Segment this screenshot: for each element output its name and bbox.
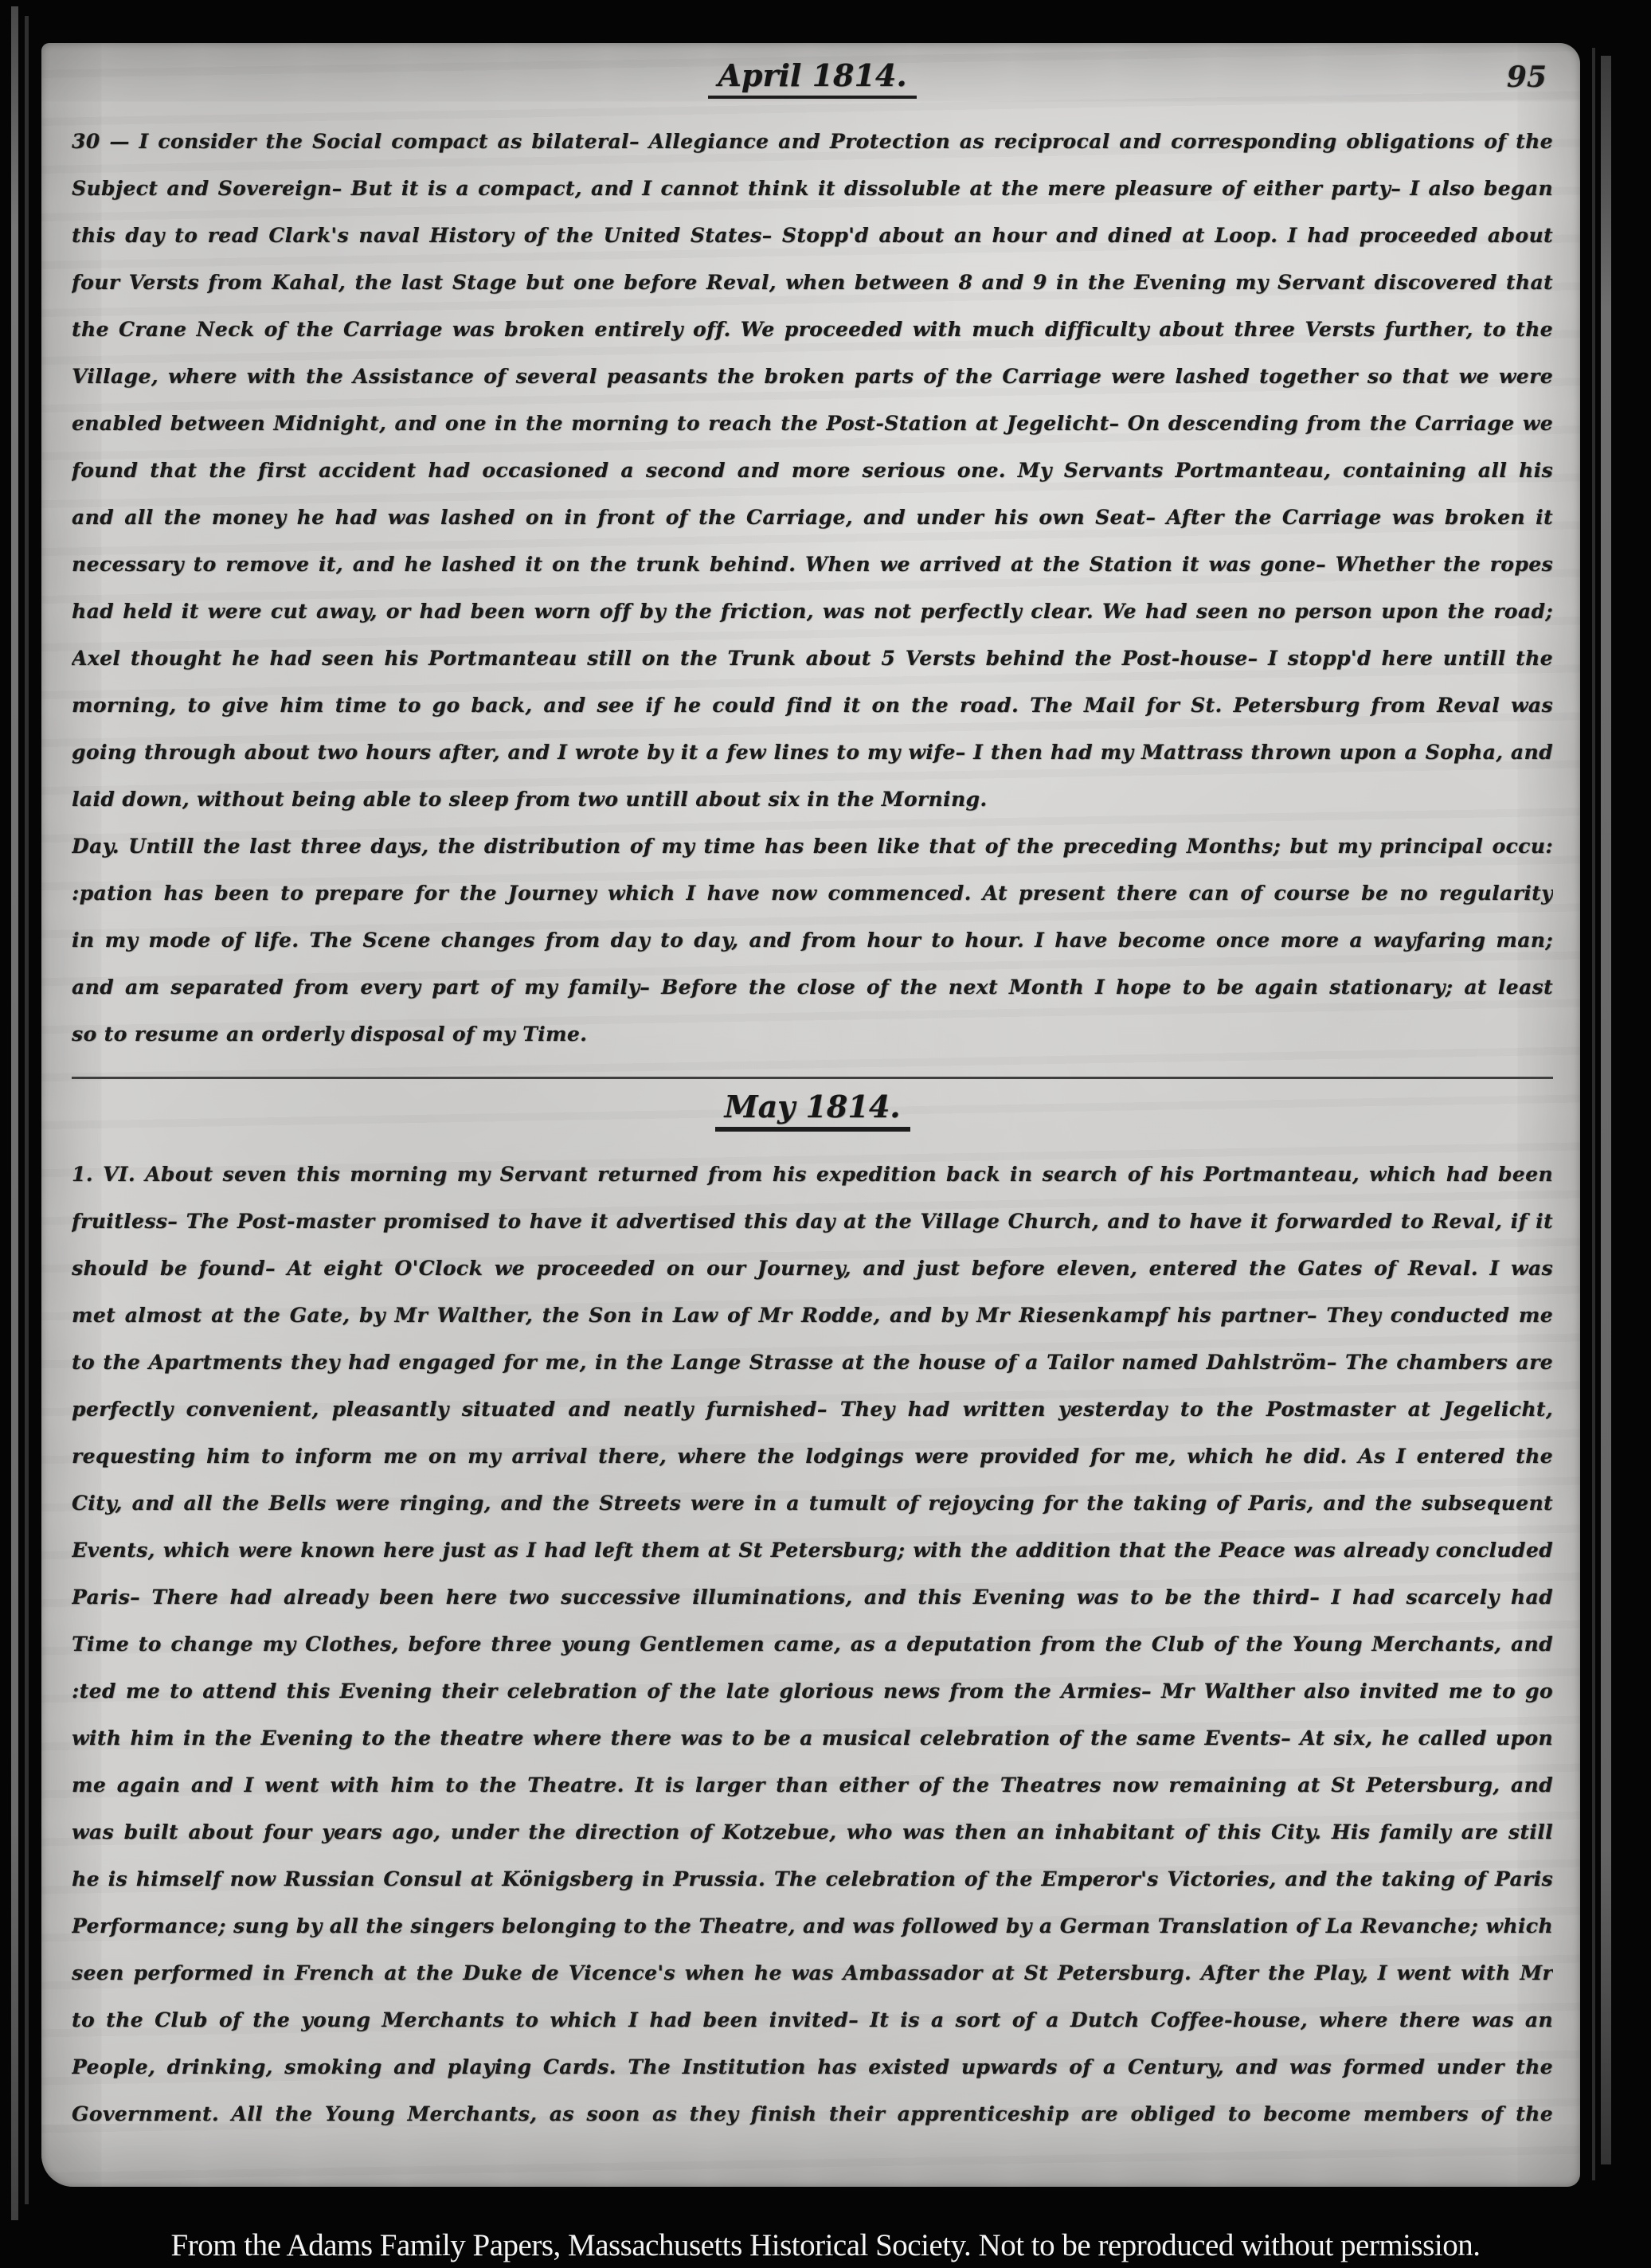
manuscript-line: met almost at the Gate, by Mr Walther, t…: [72, 1292, 1553, 1339]
manuscript-line: this day to read Clark's naval History o…: [72, 212, 1553, 259]
manuscript-line: found that the first accident had occasi…: [72, 447, 1553, 494]
manuscript-line: enabled between Midnight, and one in the…: [72, 400, 1553, 447]
page-edge-strip: [1601, 56, 1611, 2164]
diary-entry: April 1814.30 — I consider the Social co…: [72, 57, 1553, 1058]
manuscript-line: People, drinking, smoking and playing Ca…: [72, 2043, 1553, 2090]
entry-paragraph: 1. VI. About seven this morning my Serva…: [72, 1151, 1553, 2137]
manuscript-line: perfectly convenient, pleasantly situate…: [72, 1386, 1553, 1433]
manuscript-line: Time to change my Clothes, before three …: [72, 1621, 1553, 1668]
manuscript-line: Axel thought he had seen his Portmanteau…: [72, 635, 1553, 682]
manuscript-line: so to resume an orderly disposal of my T…: [72, 1011, 1553, 1058]
manuscript-line: to the Club of the young Merchants to wh…: [72, 1996, 1553, 2043]
manuscript-line: and all the money he had was lashed on i…: [72, 494, 1553, 541]
manuscript-page: 95 April 1814.30 — I consider the Social…: [41, 43, 1580, 2187]
credit-caption: From the Adams Family Papers, Massachuse…: [171, 2228, 1481, 2262]
entry-heading: May 1814.: [72, 1089, 1553, 1132]
manuscript-line: requesting him to inform me on my arriva…: [72, 1433, 1553, 1480]
entry-paragraph: 30 — I consider the Social compact as bi…: [72, 118, 1553, 823]
manuscript-line: had held it were cut away, or had been w…: [72, 588, 1553, 635]
credit-caption-bar: From the Adams Family Papers, Massachuse…: [0, 2227, 1651, 2263]
manuscript-line: the Crane Neck of the Carriage was broke…: [72, 306, 1553, 353]
manuscript-line: 1. VI. About seven this morning my Serva…: [72, 1151, 1553, 1198]
book-binding-shadow: [25, 16, 29, 2204]
manuscript-line: should be found– At eight O'Clock we pro…: [72, 1245, 1553, 1292]
manuscript-line: Subject and Sovereign– But it is a compa…: [72, 165, 1553, 212]
entry-heading-text: May 1814.: [715, 1089, 910, 1132]
photostat-scan: 95 April 1814.30 — I consider the Social…: [0, 0, 1651, 2268]
manuscript-line: to the Apartments they had engaged for m…: [72, 1339, 1553, 1386]
manuscript-line: Village, where with the Assistance of se…: [72, 353, 1553, 400]
manuscript-line: 30 — I consider the Social compact as bi…: [72, 118, 1553, 165]
book-binding-strip: [11, 6, 18, 2220]
manuscript-body: April 1814.30 — I consider the Social co…: [72, 54, 1553, 2137]
manuscript-line: seen performed in French at the Duke de …: [72, 1949, 1553, 1996]
manuscript-line: going through about two hours after, and…: [72, 729, 1553, 776]
manuscript-line: four Versts from Kahal, the last Stage b…: [72, 259, 1553, 306]
manuscript-line: Paris– There had already been here two s…: [72, 1574, 1553, 1621]
manuscript-line: Events, which were known here just as I …: [72, 1527, 1553, 1574]
manuscript-line: and am separated from every part of my f…: [72, 964, 1553, 1011]
manuscript-line: :ted me to attend this Evening their cel…: [72, 1668, 1553, 1715]
entry-paragraph: Day. Untill the last three days, the dis…: [72, 823, 1553, 1058]
manuscript-line: Government. All the Young Merchants, as …: [72, 2090, 1553, 2137]
manuscript-line: me again and I went with him to the Thea…: [72, 1762, 1553, 1809]
manuscript-line: laid down, without being able to sleep f…: [72, 776, 1553, 823]
manuscript-line: morning, to give him time to go back, an…: [72, 682, 1553, 729]
manuscript-line: fruitless– The Post-master promised to h…: [72, 1198, 1553, 1245]
entry-heading-text: April 1814.: [708, 57, 916, 99]
manuscript-line: with him in the Evening to the theatre w…: [72, 1715, 1553, 1762]
page-edge-shadow: [1592, 48, 1595, 2180]
diary-entry: May 1814.1. VI. About seven this morning…: [72, 1077, 1553, 2137]
manuscript-line: Day. Untill the last three days, the dis…: [72, 823, 1553, 870]
entry-heading: April 1814.: [72, 57, 1553, 99]
manuscript-line: in my mode of life. The Scene changes fr…: [72, 917, 1553, 964]
manuscript-line: necessary to remove it, and he lashed it…: [72, 541, 1553, 588]
manuscript-line: City, and all the Bells were ringing, an…: [72, 1480, 1553, 1527]
manuscript-line: Performance; sung by all the singers bel…: [72, 1902, 1553, 1949]
manuscript-line: was built about four years ago, under th…: [72, 1809, 1553, 1855]
manuscript-line: he is himself now Russian Consul at Köni…: [72, 1855, 1553, 1902]
manuscript-line: :pation has been to prepare for the Jour…: [72, 870, 1553, 917]
